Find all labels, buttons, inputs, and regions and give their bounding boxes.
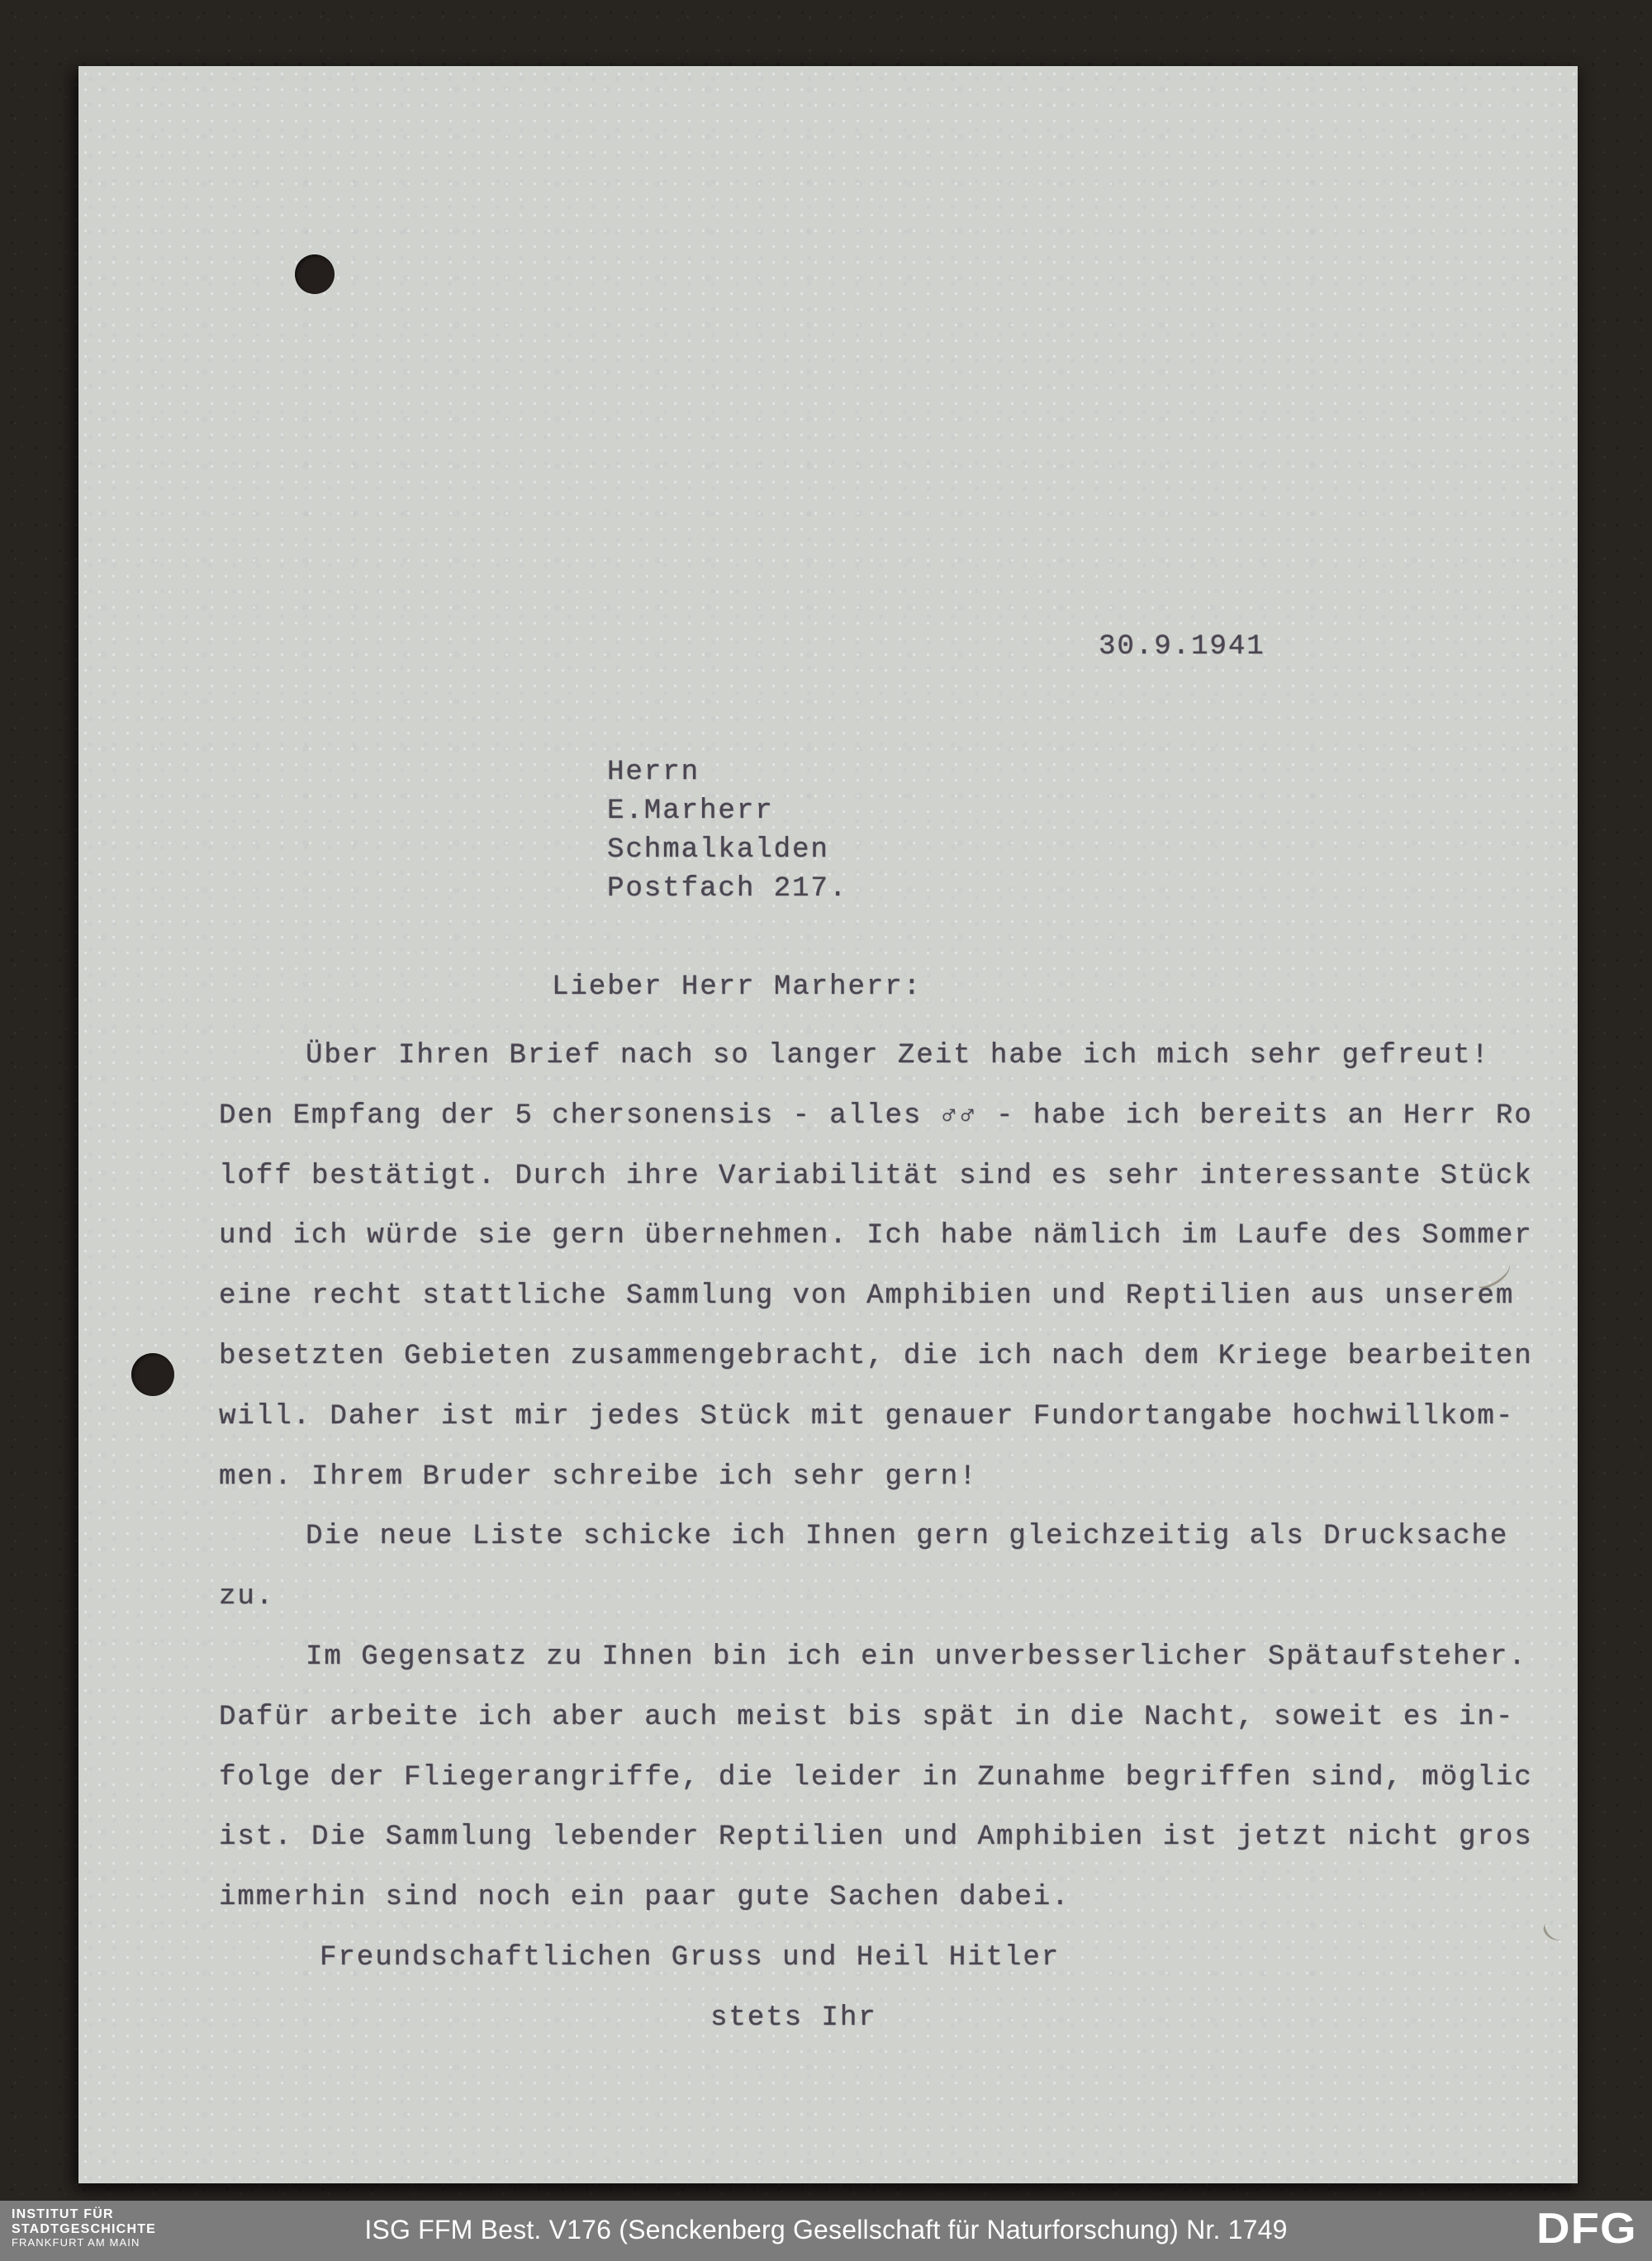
archive-footer-bar: INSTITUT FÜR STADTGESCHICHTE FRANKFURT A…: [0, 2201, 1652, 2261]
recipient-address: Herrn E.Marherr Schmalkalden Postfach 21…: [607, 753, 847, 909]
body-line: Über Ihren Brief nach so langer Zeit hab…: [219, 1026, 1533, 1086]
body-line: Im Gegensatz zu Ihnen bin ich ein unverb…: [219, 1627, 1533, 1688]
recipient-title: Herrn: [607, 753, 847, 792]
archive-reference: ISG FFM Best. V176 (Senckenberg Gesellsc…: [0, 2215, 1652, 2245]
body-line: will. Daher ist mir jedes Stück mit gena…: [219, 1387, 1533, 1447]
body-line: Den Empfang der 5 chersonensis - alles ♂…: [219, 1086, 1533, 1147]
punch-hole-bottom: [131, 1353, 174, 1396]
letter-date: 30.9.1941: [1099, 631, 1265, 663]
letter-page: 30.9.1941 Herrn E.Marherr Schmalkalden P…: [78, 66, 1578, 2183]
body-line: men. Ihrem Bruder schreibe ich sehr gern…: [219, 1447, 1533, 1508]
body-line: folge der Fliegerangriffe, die leider in…: [219, 1748, 1533, 1808]
body-line: Dafür arbeite ich aber auch meist bis sp…: [219, 1688, 1533, 1748]
body-line: loff bestätigt. Durch ihre Variabilität …: [219, 1147, 1533, 1207]
recipient-name: E.Marherr: [607, 792, 847, 831]
punch-hole-top: [295, 254, 335, 294]
salutation: Lieber Herr Marherr:: [552, 971, 922, 1003]
pencil-correction-mark: [1541, 1917, 1569, 1945]
body-line: ist. Die Sammlung lebender Reptilien und…: [219, 1807, 1533, 1868]
body-line: und ich würde sie gern übernehmen. Ich h…: [219, 1206, 1533, 1266]
signoff-line: stets Ihr: [219, 1988, 1533, 2049]
body-line: immerhin sind noch ein paar gute Sachen …: [219, 1868, 1533, 1928]
body-line: besetzten Gebieten zusammengebracht, die…: [219, 1327, 1533, 1387]
body-line: Die neue Liste schicke ich Ihnen gern gl…: [219, 1507, 1533, 1567]
recipient-pobox: Postfach 217.: [607, 870, 847, 909]
letter-body: Über Ihren Brief nach so langer Zeit hab…: [219, 1026, 1533, 2049]
scan-background: 30.9.1941 Herrn E.Marherr Schmalkalden P…: [0, 0, 1652, 2261]
body-line: eine recht stattliche Sammlung von Amphi…: [219, 1266, 1533, 1327]
body-line: zu.: [219, 1567, 1533, 1627]
closing-line: Freundschaftlichen Gruss und Heil Hitler: [219, 1928, 1533, 1988]
dfg-logo: DFG: [1536, 2204, 1637, 2254]
recipient-city: Schmalkalden: [607, 831, 847, 870]
